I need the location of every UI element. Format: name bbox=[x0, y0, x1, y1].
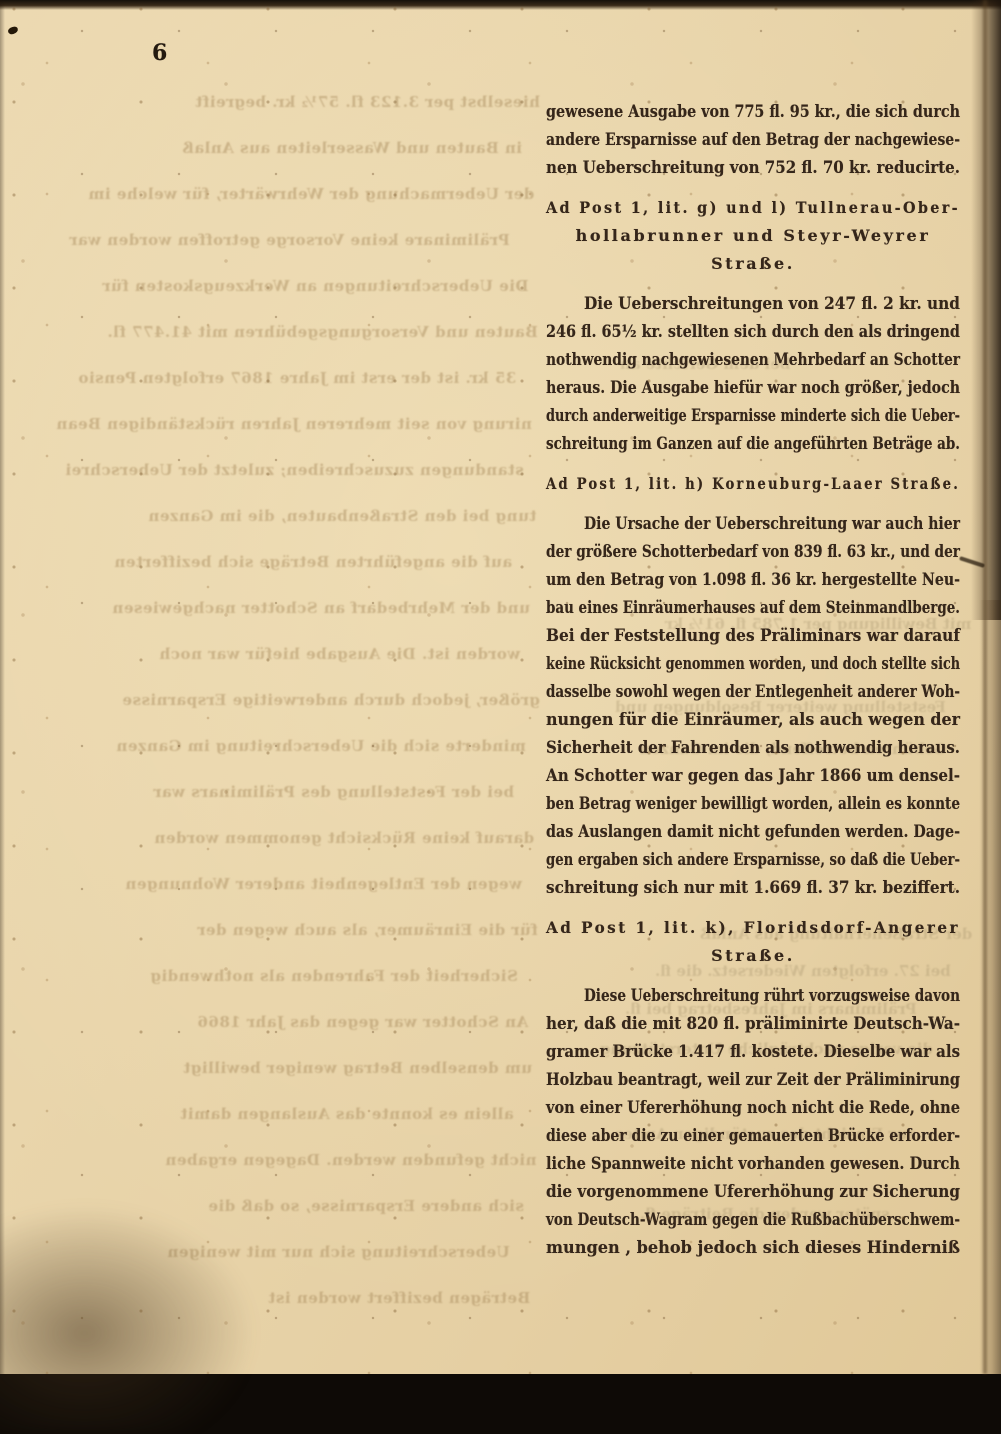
line-text: andere Ersparnisse auf den Betrag der na… bbox=[546, 126, 960, 154]
text-line: her, daß die mit 820 fl. präliminirte De… bbox=[546, 1010, 960, 1038]
text-line: das Auslangen damit nicht gefunden werde… bbox=[546, 818, 960, 846]
bleedthrough-text: um denselben Betrag weniger bewilligt bbox=[183, 1058, 532, 1078]
heading-line: Ad Post 1, lit. g) und l) Tullnerau-Ober… bbox=[546, 194, 960, 222]
section-heading: Ad Post 1, lit. g) und l) Tullnerau-Ober… bbox=[546, 194, 960, 278]
paragraph: gewesene Ausgabe von 775 fl. 95 kr., die… bbox=[546, 98, 960, 182]
text-line: dasselbe sowohl wegen der Entlegenheit a… bbox=[546, 678, 960, 706]
line-text: Bei der Feststellung des Präliminars war… bbox=[546, 622, 960, 650]
bleedthrough-text: nirung von seit mehreren Jahren rückstän… bbox=[56, 414, 532, 434]
text-line: von einer Ufererhöhung noch nicht die Re… bbox=[546, 1094, 960, 1122]
bleedthrough-text: und der Mehrbedarf an Schotter nachgewie… bbox=[112, 598, 530, 618]
bleedthrough-text: der Uebermachung der Wehrwärter, für wel… bbox=[88, 184, 534, 204]
section-heading: Ad Post 1, lit. h) Korneuburg-Laaer Stra… bbox=[546, 470, 960, 498]
line-text: nothwendig nachgewiesenen Mehrbedarf an … bbox=[546, 346, 960, 374]
bleedthrough-text: hieselbst per 3.123 fl. 57½ kr. begreift bbox=[195, 92, 540, 112]
line-text: liche Spannweite nicht vorhanden gewesen… bbox=[546, 1150, 960, 1178]
line-text: schreitung im Ganzen auf die angeführten… bbox=[546, 430, 960, 458]
line-text: Ad Post 1, lit. h) Korneuburg-Laaer Stra… bbox=[546, 470, 960, 498]
bleedthrough-text: allein es konnte das Auslangen damit bbox=[180, 1104, 514, 1124]
line-text: Die Ursache der Ueberschreitung war auch… bbox=[584, 510, 960, 538]
text-line: andere Ersparnisse auf den Betrag der na… bbox=[546, 126, 960, 154]
text-line: Die Ursache der Ueberschreitung war auch… bbox=[546, 510, 960, 538]
text-line: gewesene Ausgabe von 775 fl. 95 kr., die… bbox=[546, 98, 960, 126]
line-text: Sicherheit der Fahrenden als nothwendig … bbox=[546, 734, 960, 762]
text-line: durch anderweitige Ersparnisse minderte … bbox=[546, 402, 960, 430]
line-text: heraus. Die Ausgabe hiefür war noch größ… bbox=[546, 374, 960, 402]
bleedthrough-text: An Schotter war gegen das Jahr 1866 bbox=[197, 1012, 528, 1032]
bleedthrough-text: 35 kr. ist der erst im Jahre 1867 erfolg… bbox=[78, 368, 516, 388]
text-line: schreitung sich nur mit 1.669 fl. 37 kr.… bbox=[546, 874, 960, 902]
line-text: nungen für die Einräumer, als auch wegen… bbox=[546, 706, 960, 734]
text-line: mungen , behob jedoch sich dieses Hinder… bbox=[546, 1234, 960, 1262]
line-text: ben Betrag weniger bewilligt worden, all… bbox=[546, 790, 960, 818]
text-line: um den Betrag von 1.098 fl. 36 kr. herge… bbox=[546, 566, 960, 594]
heading-line: Ad Post 1, lit. h) Korneuburg-Laaer Stra… bbox=[546, 470, 960, 498]
text-line: Sicherheit der Fahrenden als nothwendig … bbox=[546, 734, 960, 762]
bleedthrough-text: bei der Feststellung des Präliminars war bbox=[153, 782, 514, 802]
text-line: ben Betrag weniger bewilligt worden, all… bbox=[546, 790, 960, 818]
line-text: gen ergaben sich andere Ersparnisse, so … bbox=[546, 846, 960, 874]
page-number: 6 bbox=[152, 40, 167, 66]
text-line: diese aber die zu einer gemauerten Brück… bbox=[546, 1122, 960, 1150]
text-line: nen Ueberschreitung von 752 fl. 70 kr. r… bbox=[546, 154, 960, 182]
bleedthrough-left: hieselbst per 3.123 fl. 57½ kr. begreift… bbox=[140, 92, 540, 1352]
text-line: 246 fl. 65½ kr. stellten sich durch den … bbox=[546, 318, 960, 346]
corner-shadow bbox=[0, 1194, 270, 1374]
text-line: schreitung im Ganzen auf die angeführten… bbox=[546, 430, 960, 458]
bleedthrough-text: Präliminare keine Vorsorge getroffen wor… bbox=[69, 230, 510, 250]
bleedthrough-text: worden ist. Die Ausgabe hiefür war noch bbox=[159, 644, 520, 664]
text-line: keine Rücksicht genommen worden, und doc… bbox=[546, 650, 960, 678]
line-text: von einer Ufererhöhung noch nicht die Re… bbox=[546, 1094, 960, 1122]
paragraph: Diese Ueberschreitung rührt vorzugsweise… bbox=[546, 982, 960, 1262]
line-text: durch anderweitige Ersparnisse minderte … bbox=[546, 402, 960, 430]
line-text: 246 fl. 65½ kr. stellten sich durch den … bbox=[546, 318, 960, 346]
line-text: das Auslangen damit nicht gefunden werde… bbox=[546, 818, 960, 846]
heading-line: hollabrunner und Steyr-Weyrer bbox=[546, 222, 960, 250]
line-text: bau eines Einräumerhauses auf dem Steinm… bbox=[546, 594, 960, 622]
text-line: An Schotter war gegen das Jahr 1866 um d… bbox=[546, 762, 960, 790]
text-column: gewesene Ausgabe von 775 fl. 95 kr., die… bbox=[546, 98, 960, 1274]
text-line: Holzbau beantragt, weil zur Zeit der Prä… bbox=[546, 1066, 960, 1094]
text-line: heraus. Die Ausgabe hiefür war noch größ… bbox=[546, 374, 960, 402]
bleedthrough-text: minderte sich die Ueberschreitung im Gan… bbox=[116, 736, 526, 756]
line-text: gramer Brücke 1.417 fl. kostete. Dieselb… bbox=[546, 1038, 960, 1066]
text-line: bau eines Einräumerhauses auf dem Steinm… bbox=[546, 594, 960, 622]
line-text: Die Ueberschreitungen von 247 fl. 2 kr. … bbox=[584, 290, 960, 318]
bleedthrough-text: nicht gefunden werden. Dagegen ergaben bbox=[165, 1150, 537, 1170]
heading-line: Straße. bbox=[546, 942, 960, 970]
text-line: gramer Brücke 1.417 fl. kostete. Dieselb… bbox=[546, 1038, 960, 1066]
line-text: nen Ueberschreitung von 752 fl. 70 kr. r… bbox=[546, 154, 960, 182]
line-text: mungen , behob jedoch sich dieses Hinder… bbox=[546, 1234, 960, 1262]
bleedthrough-text: Bauten und Versorgungsgebühren mit 41.47… bbox=[107, 322, 538, 342]
line-text: Straße. bbox=[711, 942, 795, 970]
line-text: die vorgenommene Ufererhöhung zur Sicher… bbox=[546, 1178, 960, 1206]
bleedthrough-text: auf die angeführten Beträge sich beziffe… bbox=[114, 552, 512, 572]
bleedthrough-text: größer, jedoch durch anderweitige Erspar… bbox=[122, 690, 540, 710]
ink-speck bbox=[7, 26, 18, 35]
bleedthrough-text: darauf keine Rücksicht genommen worden bbox=[154, 828, 534, 848]
line-text: schreitung sich nur mit 1.669 fl. 37 kr.… bbox=[546, 874, 960, 902]
bleedthrough-text: tung bei den Straßenbauten, die im Ganze… bbox=[148, 506, 536, 526]
line-text: her, daß die mit 820 fl. präliminirte De… bbox=[546, 1010, 960, 1038]
line-text: Holzbau beantragt, weil zur Zeit der Prä… bbox=[546, 1066, 960, 1094]
heading-line: Ad Post 1, lit. k), Floridsdorf-Angerer bbox=[546, 914, 960, 942]
bleedthrough-text: standungen zuzuschreiben; zuletzt der Ue… bbox=[65, 460, 524, 480]
bleedthrough-text: Sicherheit der Fahrenden als nothwendig bbox=[150, 966, 518, 986]
text-line: nothwendig nachgewiesenen Mehrbedarf an … bbox=[546, 346, 960, 374]
line-text: dasselbe sowohl wegen der Entlegenheit a… bbox=[546, 678, 960, 706]
page-crease bbox=[983, 0, 987, 1374]
line-text: diese aber die zu einer gemauerten Brück… bbox=[546, 1122, 960, 1150]
bleedthrough-text: Die Ueberschreitungen an Werkzeugskosten… bbox=[102, 276, 528, 296]
section-heading: Ad Post 1, lit. k), Floridsdorf-AngererS… bbox=[546, 914, 960, 970]
line-text: Ad Post 1, lit. k), Floridsdorf-Angerer bbox=[546, 914, 960, 942]
line-text: keine Rücksicht genommen worden, und doc… bbox=[546, 650, 960, 678]
text-line: die vorgenommene Ufererhöhung zur Sicher… bbox=[546, 1178, 960, 1206]
line-text: An Schotter war gegen das Jahr 1866 um d… bbox=[546, 762, 960, 790]
heading-line: Straße. bbox=[546, 250, 960, 278]
line-text: Straße. bbox=[711, 250, 795, 278]
text-line: der größere Schotterbedarf von 839 fl. 6… bbox=[546, 538, 960, 566]
line-text: von Deutsch-Wagram gegen die Rußbachüber… bbox=[546, 1206, 960, 1234]
bleedthrough-text: in Bauten und Wasserleiten aus Anlaß bbox=[182, 138, 522, 158]
bleedthrough-text: wegen der Entlegenheit anderer Wohnungen bbox=[125, 874, 522, 894]
paragraph: Die Ursache der Ueberschreitung war auch… bbox=[546, 510, 960, 902]
text-line: Bei der Feststellung des Präliminars war… bbox=[546, 622, 960, 650]
line-text: Ad Post 1, lit. g) und l) Tullnerau-Ober… bbox=[546, 194, 960, 222]
bleedthrough-text: für die Einräumer, als auch wegen der bbox=[197, 920, 538, 940]
text-line: nungen für die Einräumer, als auch wegen… bbox=[546, 706, 960, 734]
scanned-page: hieselbst per 3.123 fl. 57½ kr. begreift… bbox=[0, 0, 1001, 1374]
bleedthrough-text: Beträgen beziffert worden ist bbox=[268, 1288, 530, 1308]
paragraph: Die Ueberschreitungen von 247 fl. 2 kr. … bbox=[546, 290, 960, 458]
line-text: der größere Schotterbedarf von 839 fl. 6… bbox=[546, 538, 960, 566]
text-line: liche Spannweite nicht vorhanden gewesen… bbox=[546, 1150, 960, 1178]
line-text: um den Betrag von 1.098 fl. 36 kr. herge… bbox=[546, 566, 960, 594]
text-line: von Deutsch-Wagram gegen die Rußbachüber… bbox=[546, 1206, 960, 1234]
scan-edge-top bbox=[0, 0, 1001, 10]
line-text: hollabrunner und Steyr-Weyrer bbox=[576, 222, 931, 250]
text-line: Die Ueberschreitungen von 247 fl. 2 kr. … bbox=[546, 290, 960, 318]
line-text: Diese Ueberschreitung rührt vorzugsweise… bbox=[584, 982, 960, 1010]
text-line: gen ergaben sich andere Ersparnisse, so … bbox=[546, 846, 960, 874]
line-text: gewesene Ausgabe von 775 fl. 95 kr., die… bbox=[546, 98, 960, 126]
scan-edge-left bbox=[0, 0, 5, 1374]
text-line: Diese Ueberschreitung rührt vorzugsweise… bbox=[546, 982, 960, 1010]
